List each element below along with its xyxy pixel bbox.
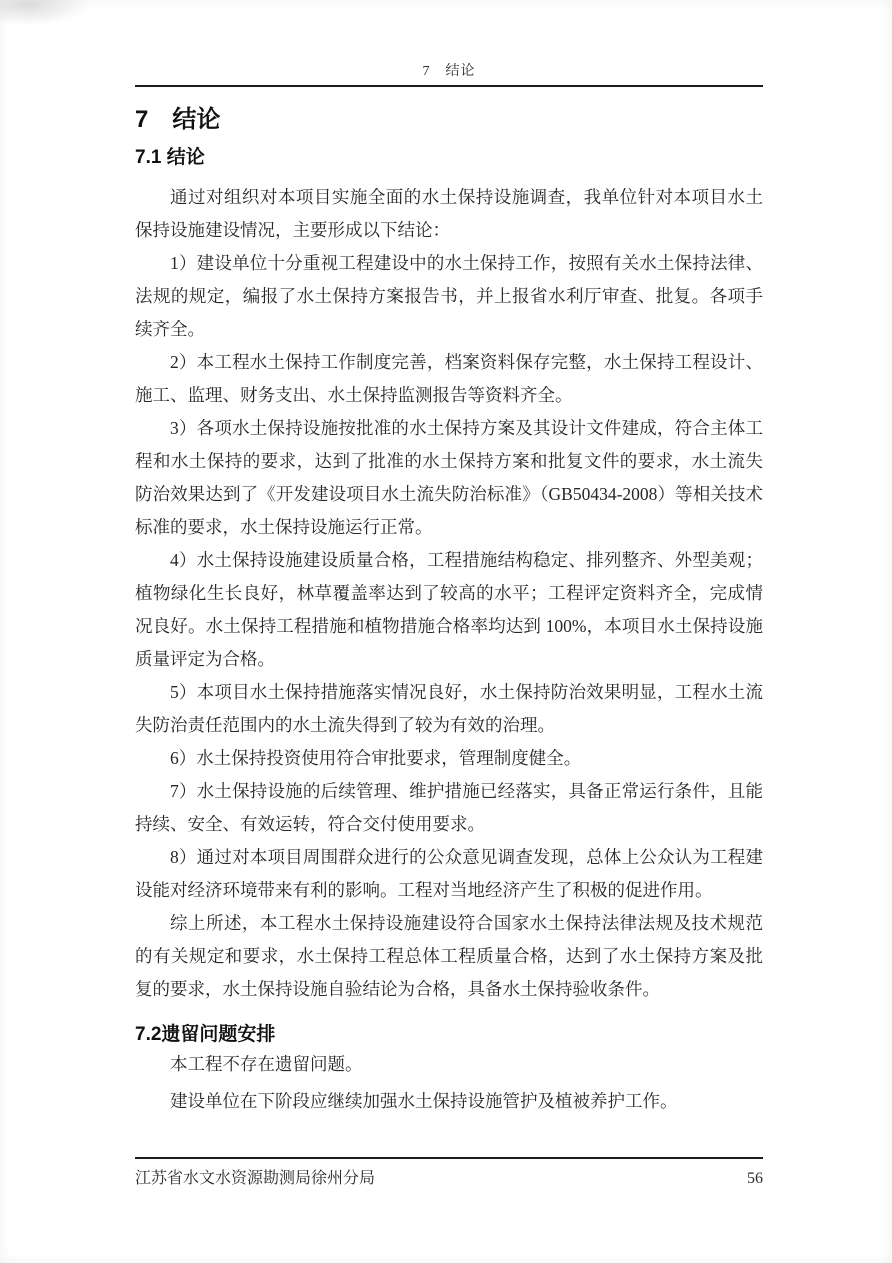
page-number: 56 [747,1170,763,1188]
page-content: 7 结论 7.1 结论 通过对组织对本项目实施全面的水土保持设施调查，我单位针对… [135,105,763,1118]
paragraph: 综上所述，本工程水土保持设施建设符合国家水土保持法律法规及技术规范的有关规定和要… [135,907,763,1006]
paragraph: 8）通过对本项目周围群众进行的公众意见调查发现，总体上公众认为工程建设能对经济环… [135,841,763,907]
paragraph: 2）本工程水土保持工作制度完善，档案资料保存完整，水土保持工程设计、施工、监理、… [135,346,763,412]
chapter-title: 7 结论 [135,105,763,135]
scan-artifact [0,0,90,26]
paragraph: 通过对组织对本项目实施全面的水土保持设施调查，我单位针对本项目水土保持设施建设情… [135,181,763,247]
paragraph: 4）水土保持设施建设质量合格，工程措施结构稳定、排列整齐、外型美观；植物绿化生长… [135,544,763,676]
section-title-7-2: 7.2遗留问题安排 [135,1022,763,1048]
paragraph: 3）各项水土保持设施按批准的水土保持方案及其设计文件建成，符合主体工程和水土保持… [135,412,763,544]
paragraph: 6）水土保持投资使用符合审批要求，管理制度健全。 [135,742,763,775]
footer-organization: 江苏省水文水资源勘测局徐州分局 [135,1165,375,1188]
document-page: 7 结论 7 结论 7.1 结论 通过对组织对本项目实施全面的水土保持设施调查，… [0,0,892,1263]
paragraph: 1）建设单位十分重视工程建设中的水土保持工作，按照有关水土保持法律、法规的规定，… [135,247,763,346]
page-footer: 江苏省水文水资源勘测局徐州分局 56 [135,1157,763,1188]
paragraph: 建设单位在下阶段应继续加强水土保持设施管护及植被养护工作。 [135,1085,763,1118]
paragraph: 5）本项目水土保持措施落实情况良好，水土保持防治效果明显，工程水土流失防治责任范… [135,676,763,742]
section-title-7-1: 7.1 结论 [135,145,763,171]
running-header: 7 结论 [135,60,763,87]
paragraph: 7）水土保持设施的后续管理、维护措施已经落实，具备正常运行条件，且能持续、安全、… [135,775,763,841]
paragraph: 本工程不存在遗留问题。 [135,1048,763,1081]
